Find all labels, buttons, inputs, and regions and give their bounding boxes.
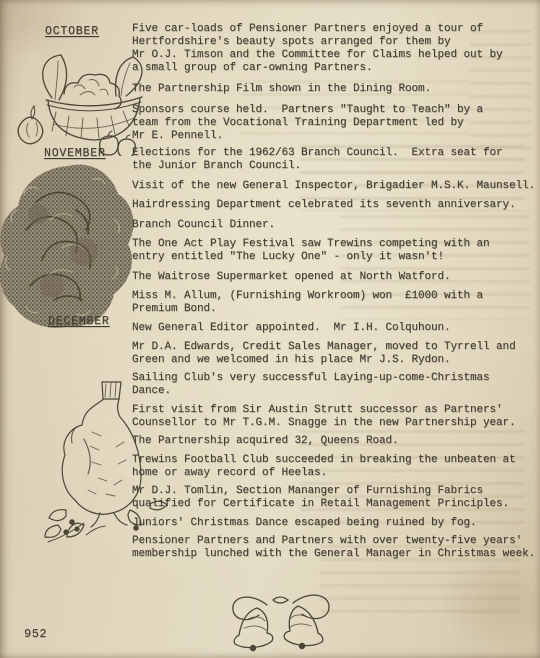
entry-paragraph: Pensioner Partners and Partners with ove…: [132, 535, 540, 561]
entry-paragraph: The Partnership acquired 32, Queens Road…: [132, 435, 540, 448]
entry-paragraph: The Waitrose Supermarket opened at North…: [132, 271, 540, 284]
entry-paragraph: Miss M. Allum, (Furnishing Workroom) won…: [132, 290, 540, 316]
entry-paragraph: New General Editor appointed. Mr I.H. Co…: [132, 322, 540, 335]
entry-paragraph: Hairdressing Department celebrated its s…: [132, 199, 540, 212]
entry-paragraph: The Partnership Film shown in the Dining…: [132, 83, 540, 96]
entry-paragraph: Five car-loads of Pensioner Partners enj…: [132, 23, 540, 75]
november-entries: Elections for the 1962/63 Branch Council…: [132, 147, 540, 323]
month-heading-october: OCTOBER: [45, 25, 99, 38]
scanned-page: OCTOBER NOVEMBER DECEMBER Five car-loads…: [0, 0, 540, 658]
entry-paragraph: The One Act Play Festival saw Trewins co…: [132, 238, 540, 264]
entry-paragraph: Mr D.J. Tomlin, Section Mananger of Furn…: [132, 485, 540, 511]
october-entries: Five car-loads of Pensioner Partners enj…: [132, 23, 540, 151]
entry-paragraph: First visit from Sir Austin Strutt succe…: [132, 404, 540, 430]
entry-paragraph: Trewins Football Club succeeded in break…: [132, 454, 540, 480]
entry-paragraph: Elections for the 1962/63 Branch Council…: [132, 147, 540, 173]
page-number: 952: [24, 627, 47, 641]
christmas-bells-illustration: [203, 590, 357, 656]
entry-paragraph: Branch Council Dinner.: [132, 219, 540, 232]
month-heading-november: NOVEMBER: [44, 147, 106, 160]
entry-paragraph: Visit of the new General Inspector, Brig…: [132, 180, 540, 193]
paper-stain: [440, 560, 540, 650]
dark-scribble-illustration: [0, 160, 142, 336]
entry-paragraph: Juniors' Christmas Dance escaped being r…: [132, 517, 540, 530]
entry-paragraph: Mr D.A. Edwards, Credit Sales Manager, m…: [132, 341, 540, 367]
month-heading-december: DECEMBER: [48, 315, 110, 328]
december-entries: New General Editor appointed. Mr I.H. Co…: [132, 322, 540, 567]
entry-paragraph: Sailing Club's very successful Laying-up…: [132, 372, 540, 398]
entry-paragraph: Sponsors course held. Partners "Taught t…: [132, 104, 540, 143]
